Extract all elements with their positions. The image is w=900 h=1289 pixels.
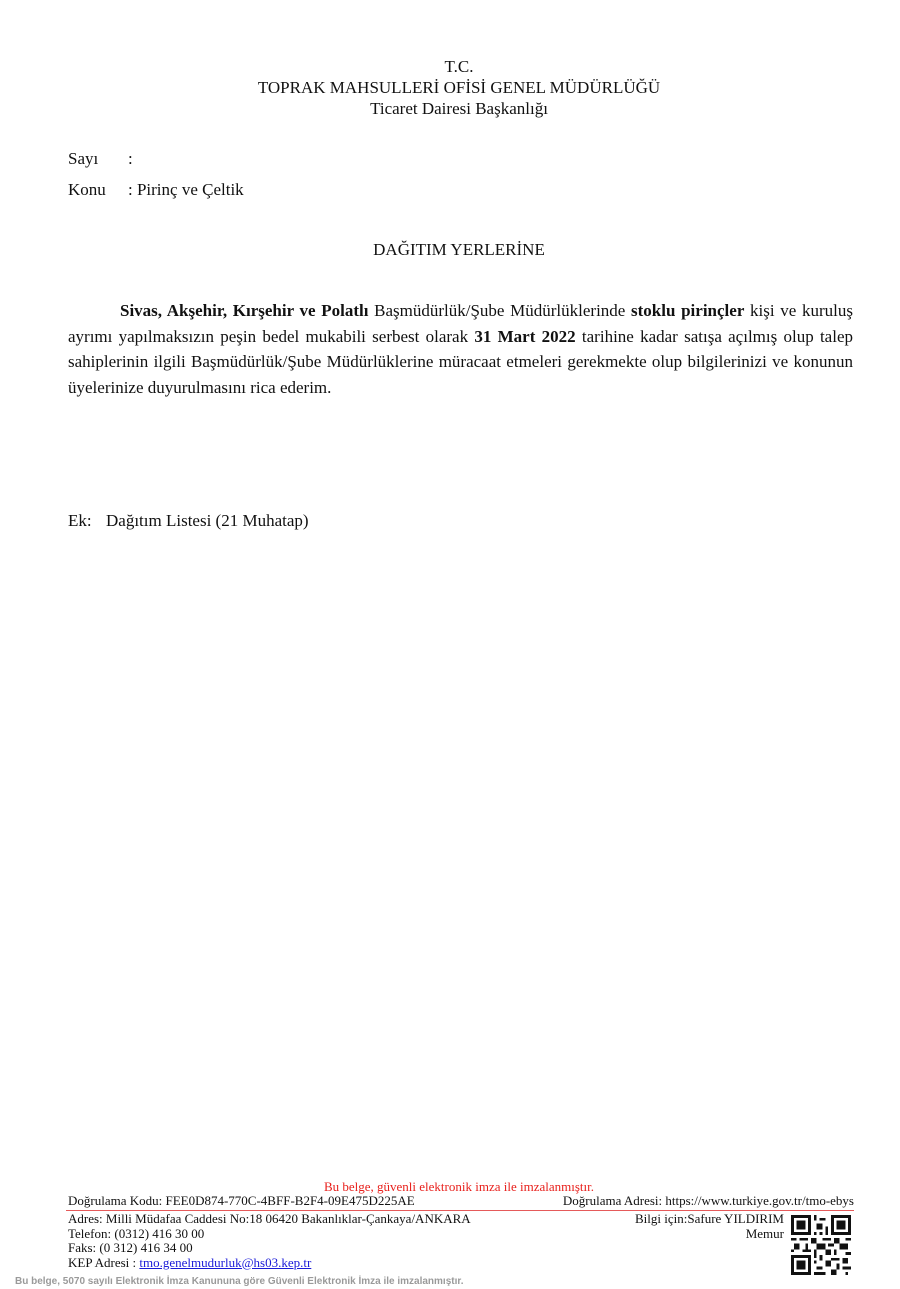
sayi-label: Sayı [68, 149, 128, 169]
kep-email-link[interactable]: tmo.genelmudurluk@hs03.kep.tr [139, 1255, 311, 1270]
phone-line: Telefon: (0312) 416 30 00 [68, 1227, 471, 1242]
header-department: Ticaret Dairesi Başkanlığı [0, 98, 900, 119]
header-organization: TOPRAK MAHSULLERİ OFİSİ GENEL MÜDÜRLÜĞÜ [0, 77, 900, 98]
attachment-label: Ek: [68, 511, 106, 531]
body-bold-product: stoklu pirinçler [631, 301, 744, 320]
body-text-1: Başmüdürlük/Şube Müdürlüklerinde [368, 301, 631, 320]
konu-value: : Pirinç ve Çeltik [128, 180, 244, 199]
header-tc: T.C. [0, 56, 900, 77]
meta-sayi: Sayı: [68, 149, 133, 169]
recipient-heading: DAĞITIM YERLERİNE [0, 240, 900, 260]
info-title: Memur [635, 1227, 784, 1242]
body-bold-cities: Sivas, Akşehir, Kırşehir ve Polatlı [120, 301, 368, 320]
kep-line: KEP Adresi : tmo.genelmudurluk@hs03.kep.… [68, 1256, 471, 1271]
sayi-value: : [128, 149, 133, 168]
contact-block: Bilgi için:Safure YILDIRIM Memur [635, 1212, 784, 1241]
legal-notice: Bu belge, 5070 sayılı Elektronik İmza Ka… [15, 1276, 463, 1287]
address-line: Adres: Milli Müdafaa Caddesi No:18 06420… [68, 1212, 471, 1227]
attachment-value: Dağıtım Listesi (21 Muhatap) [106, 511, 309, 530]
body-bold-date: 31 Mart 2022 [474, 327, 575, 346]
fax-line: Faks: (0 312) 416 34 00 [68, 1241, 471, 1256]
qr-code-icon [791, 1215, 851, 1275]
konu-label: Konu [68, 180, 128, 200]
kep-label: KEP Adresi : [68, 1255, 139, 1270]
letter-body: Sivas, Akşehir, Kırşehir ve Polatlı Başm… [68, 298, 853, 400]
info-contact: Bilgi için:Safure YILDIRIM [635, 1212, 784, 1227]
address-block: Adres: Milli Müdafaa Caddesi No:18 06420… [68, 1212, 471, 1270]
verification-code: Doğrulama Kodu: FEE0D874-770C-4BFF-B2F4-… [68, 1193, 415, 1209]
verification-address: Doğrulama Adresi: https://www.turkiye.go… [563, 1193, 854, 1209]
attachment-line: Ek:Dağıtım Listesi (21 Muhatap) [68, 511, 309, 531]
verification-row: Doğrulama Kodu: FEE0D874-770C-4BFF-B2F4-… [68, 1193, 854, 1209]
meta-konu: Konu: Pirinç ve Çeltik [68, 180, 244, 200]
letterhead: T.C. TOPRAK MAHSULLERİ OFİSİ GENEL MÜDÜR… [0, 56, 900, 119]
